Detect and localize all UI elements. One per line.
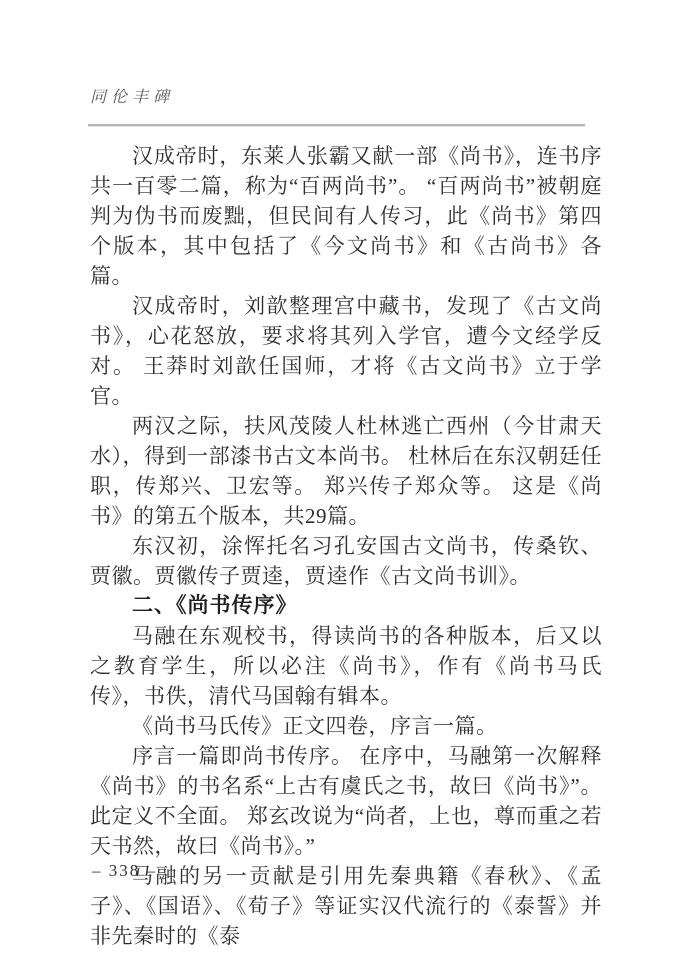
section-heading: 二、《尚书传序》 [90, 591, 602, 621]
paragraph: 序言一篇即尚书传序。 在序中，马融第一次解释《尚书》的书名系“上古有虞氏之书，故… [90, 741, 602, 861]
paragraph: 《尚书马氏传》正文四卷，序言一篇。 [90, 711, 602, 741]
running-head: 同伦丰碑 [90, 86, 174, 108]
page-number: – 338 – [92, 860, 157, 882]
running-head-rule [88, 124, 585, 127]
paragraph: 马融的另一贡献是引用先秦典籍《春秋》、《孟子》、《国语》、《荀子》等证实汉代流行… [90, 861, 602, 951]
paragraph: 两汉之际，扶风茂陵人杜林逃亡西州（今甘肃天水），得到一部漆书古文本尚书。 杜林后… [90, 411, 602, 531]
paragraph: 汉成帝时，东莱人张霸又献一部《尚书》，连书序共一百零二篇，称为“百两尚书”。 “… [90, 141, 602, 291]
paragraph: 马融在东观校书，得读尚书的各种版本，后又以之教育学生，所以必注《尚书》，作有《尚… [90, 621, 602, 711]
page-body-text: 汉成帝时，东莱人张霸又献一部《尚书》，连书序共一百零二篇，称为“百两尚书”。 “… [90, 141, 602, 951]
paragraph: 东汉初，涂恽托名习孔安国古文尚书，传桑钦、贾徽。贾徽传子贾逵，贾逵作《古文尚书训… [90, 531, 602, 591]
book-page: 同伦丰碑 汉成帝时，东莱人张霸又献一部《尚书》，连书序共一百零二篇，称为“百两尚… [0, 0, 692, 968]
paragraph: 汉成帝时，刘歆整理宫中藏书，发现了《古文尚书》，心花怒放，要求将其列入学官，遭今… [90, 291, 602, 411]
